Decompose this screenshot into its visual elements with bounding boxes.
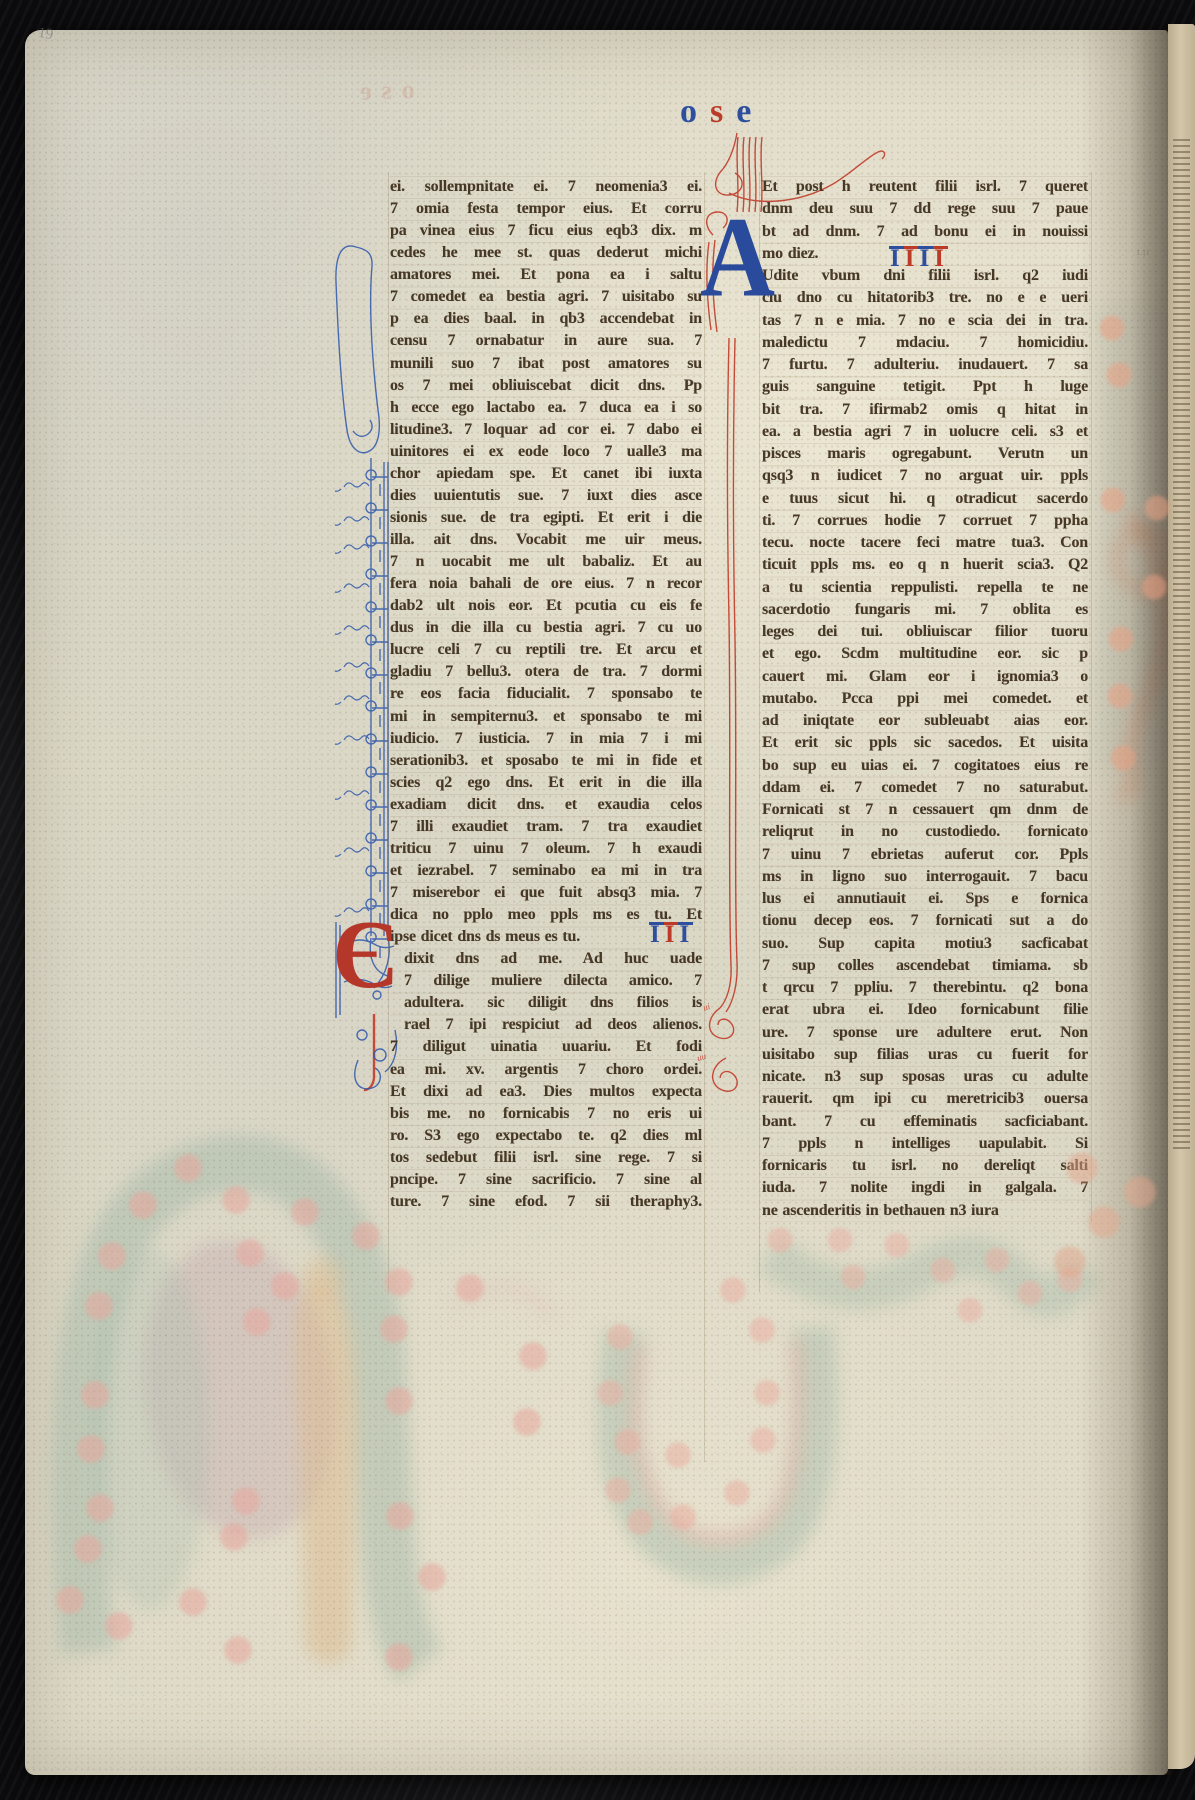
bleedthrough-dot <box>723 1479 751 1507</box>
text-line: 7 n uocabit me ult babaliz. Et au <box>390 551 702 573</box>
text-line: bo sup eu uias ei. 7 cogitatoes eius re <box>762 755 1088 777</box>
text-line: tecu. nocte tacere feci matre tua3. Con <box>762 532 1088 554</box>
text-line: Et dixi ad ea3. Dies multos expecta <box>390 1081 702 1103</box>
pencil-folio-number: 19 <box>37 25 54 44</box>
chapter-numeral-iiii: IIII <box>889 246 948 269</box>
bleedthrough-dot <box>884 1232 911 1259</box>
ruling-line <box>1091 172 1092 1222</box>
bleedthrough-dot <box>596 1379 624 1407</box>
text-line: ticuit ppls ms. eo q n huerit scia3. Q2 <box>762 554 1088 576</box>
bleedthrough-dot <box>1107 683 1134 710</box>
bleedthrough-dot <box>219 1522 249 1552</box>
text-line: scies q2 ego dns. Et erit in die illa <box>390 772 702 794</box>
text-line: bit tra. 7 ifirmab2 omis q hitat in <box>762 399 1088 421</box>
next-page-edge <box>1168 24 1195 1769</box>
text-line: exadiam dicit dns. et exaudia celos <box>390 794 702 816</box>
text-line: e tuus sicut hi. q otradicut sacerdo <box>762 488 1088 510</box>
numeral-char: I <box>664 922 679 945</box>
bleedthrough-dot <box>128 1190 158 1220</box>
text-line: et ego. Scdm multitudine eor. sic p <box>762 643 1088 665</box>
bleedthrough-dot <box>384 1267 414 1297</box>
text-column-right: Et post h reutent filii isrl. 7 queretdn… <box>762 176 1088 1222</box>
bleedthrough-dot <box>984 1247 1011 1274</box>
text-line: ne ascenderitis in bethauen n3 iura <box>762 1200 1088 1222</box>
text-line: triticu 7 uinu 7 oleum. 7 h exaudi <box>390 838 702 860</box>
text-line: censu 7 ornabatur in aure sua. 7 <box>390 330 702 352</box>
text-line: 7 miserebor ei que fuit absq3 mia. 7 <box>390 882 702 904</box>
bleedthrough-dot <box>1100 487 1127 514</box>
text-line: nicate. n3 sup sposas uras cu adulte <box>762 1066 1088 1088</box>
text-line: illa. ait dns. Vocabit me uir meus. <box>390 529 702 551</box>
running-title-letter: s <box>710 93 723 130</box>
text-line: maledictu 7 mdaciu. 7 homicidiu. <box>762 332 1088 354</box>
text-line: dus in die illa cu bestia agri. 7 cu uo <box>390 617 702 639</box>
bleedthrough-dot <box>1106 362 1133 389</box>
text-line: p ea dies baal. in qb3 accendebat in <box>390 308 702 330</box>
text-line: 7 illi exaudiet tram. 7 tra exaudiet <box>390 816 702 838</box>
text-line: mi in sempiternu3. et sponsabo te mi <box>390 706 702 728</box>
text-line: serationib3. et sposabo te mi in fide et <box>390 750 702 772</box>
illuminated-initial-e: Є <box>332 912 398 998</box>
numeral-char: I <box>678 922 693 945</box>
bleedthrough-dot <box>827 1227 854 1254</box>
bleedthrough-dot <box>753 1379 781 1407</box>
text-line: 7 diligut uinatia uuariu. Et fodi <box>390 1036 702 1058</box>
text-line: bis me. no fornicabis 7 no eris ui <box>390 1103 702 1125</box>
text-line: guis sanguine tetigit. Ppt h luge <box>762 376 1088 398</box>
text-line: gladiu 7 bellu3. otera de tra. 7 dormi <box>390 661 702 683</box>
bleedthrough-dot <box>76 1434 106 1464</box>
text-line: qsq3 n iudicet 7 no arguat uir. ppls <box>762 465 1088 487</box>
bleedthrough-dot <box>1144 495 1171 522</box>
bleedthrough-dot <box>1017 1280 1044 1307</box>
text-line: ure. 7 sponse ure adultere erut. Non <box>762 1022 1088 1044</box>
text-line: ti. 7 corrues hodie 7 corruet 7 ppha <box>762 510 1088 532</box>
bleedthrough-dot <box>178 1587 208 1617</box>
text-line: iudicio. 7 iusticia. 7 in mia 7 i mi <box>390 728 702 750</box>
bleedthrough-dot <box>749 1426 777 1454</box>
text-line: re eos facia fiducialit. 7 sponsabo te <box>390 683 702 705</box>
text-line: chor apiedam spe. Et canet ibi iuxta <box>390 463 702 485</box>
text-line: ddam ei. 7 comedet 7 no saturabut. <box>762 777 1088 799</box>
photographed-manuscript: 19 1.11 ose ose ei. sollempnitate ei. 7 … <box>0 0 1195 1800</box>
bleedthrough-dot <box>664 1441 692 1469</box>
numeral-char: I <box>889 246 904 269</box>
bleedthrough-dot <box>455 1273 485 1303</box>
text-line: fera noia bahali de ore eius. 7 n recor <box>390 573 702 595</box>
text-line: erat ubra ei. Ideo fornicabunt filie <box>762 999 1088 1021</box>
text-line: reliqrut in no custodiedo. fornicato <box>762 821 1088 843</box>
bleedthrough-dot <box>1141 574 1168 601</box>
bleedthrough-dot <box>242 1307 272 1337</box>
bleedthrough-dot <box>1099 315 1126 342</box>
text-line: ea. a bestia agri 7 in uolucre celi. s3 … <box>762 421 1088 443</box>
text-line: pisces maris ogregabunt. Verutn un <box>762 443 1088 465</box>
text-line: ea mi. xv. argentis 7 choro ordei. <box>390 1059 702 1081</box>
text-column-left: ei. sollempnitate ei. 7 neomenia3 ei.7 o… <box>390 176 702 1213</box>
text-line: et iezrabel. 7 seminabo ea mi in tra <box>390 860 702 882</box>
bleedthrough-dot <box>1123 1175 1157 1209</box>
bleedthrough-dot <box>104 1611 134 1641</box>
text-line: tas 7 n e mia. 7 no e scia dei in tra. <box>762 310 1088 332</box>
text-line: suo. Sup capita motiu3 sacficabat <box>762 933 1088 955</box>
text-line: mutabo. Pcca ppi mei comedet. et <box>762 688 1088 710</box>
text-line: pa vinea eius 7 ficu eius eqb3 dix. m <box>390 220 702 242</box>
bleedthrough-dot <box>840 1264 867 1291</box>
bleedthrough-dot <box>1108 626 1135 653</box>
numeral-char: I <box>649 922 664 945</box>
chapter-numeral-iii: III <box>649 922 693 945</box>
bleedthrough-dot <box>270 1271 300 1301</box>
text-line: ad iniqtate eor subleuabt aias eor. <box>762 710 1088 732</box>
bleedthrough-dot <box>767 1227 794 1254</box>
text-line: bant. 7 cu effeminatis sacficiabant. <box>762 1111 1088 1133</box>
bleedthrough-dot <box>417 1562 447 1592</box>
text-line: tionu decep eos. 7 fornicati sut a do <box>762 910 1088 932</box>
text-line: 7 furtu. 7 adulteriu. inudauert. 7 sa <box>762 354 1088 376</box>
text-line: sacerdotio fungaris mi. 7 oblita es <box>762 599 1088 621</box>
bleedthrough-dot <box>231 1486 261 1516</box>
text-line: Fornicati st 7 n cessauert qm dnm de <box>762 799 1088 821</box>
bleedthrough-dot <box>73 1534 103 1564</box>
text-line: munili suo 7 ibat post amatores su <box>390 353 702 375</box>
text-line: cauert mi. Glam eor i ignomia3 o <box>762 666 1088 688</box>
text-line: os 7 mei obliuiscebat dicit dns. Pp <box>390 375 702 397</box>
text-line: a tu scientia reppulisti. repella te ne <box>762 577 1088 599</box>
text-line: uisitabo sup filias uras cu fuerit for <box>762 1044 1088 1066</box>
running-title-ose: ose <box>680 93 764 131</box>
text-line: adultera. sic diligit dns filios is <box>390 992 702 1014</box>
text-line: leges dei tui. obliuiscar filior tuoru <box>762 621 1088 643</box>
text-line: 7 omia festa tempor eius. Et corru <box>390 198 702 220</box>
illuminated-initial-a: A <box>700 207 775 308</box>
bleedthrough-dot <box>384 1642 414 1672</box>
gutter-shadow <box>1080 30 1170 1775</box>
edge-inscription: 1.11 <box>1136 248 1150 257</box>
text-line: ei. sollempnitate ei. 7 neomenia3 ei. <box>390 176 702 198</box>
bleedthrough-dot <box>55 1585 85 1615</box>
bleedthrough-dot <box>84 1291 114 1321</box>
bleedthrough-dot <box>606 1323 634 1351</box>
text-line: 7 comedet ea bestia agri. 7 uisitabo su <box>390 286 702 308</box>
numeral-char: I <box>933 246 948 269</box>
text-line: lucre celi 7 cu reptili tre. Et arcu et <box>390 639 702 661</box>
bleedthrough-dot <box>626 1508 654 1536</box>
numeral-char: I <box>918 246 933 269</box>
text-line: iuda. 7 nolite ingdi in galgala. 7 <box>762 1177 1088 1199</box>
text-line: lus ei annutiauit ei. Sps e fornica <box>762 888 1088 910</box>
bleedthrough-dot <box>518 1341 548 1371</box>
next-page-text-lines <box>1173 139 1190 1149</box>
text-line: dies uuientutis sue. 7 iuxt dies asce <box>390 485 702 507</box>
bleedthrough-dot <box>957 1297 984 1324</box>
text-line: uinitores ei ex eode loco 7 ualle3 ma <box>390 441 702 463</box>
text-line: ciu dno cu hitatorib3 tre. no e e ueri <box>762 287 1088 309</box>
text-line: h ecce ego lactabo ea. 7 duca ea i so <box>390 397 702 419</box>
bleedthrough-dot <box>1087 1205 1121 1239</box>
bleedthrough-dot <box>384 1386 414 1416</box>
text-line: amatores mei. Et pona ea i saltu <box>390 264 702 286</box>
ruling-line <box>704 172 705 1462</box>
text-line: rael 7 ipi respiciut ad deos alienos. <box>390 1014 702 1036</box>
text-line: 7 sup colles ascendebat timiama. sb <box>762 955 1088 977</box>
bleedthrough-dot <box>223 1635 253 1665</box>
text-line: ture. 7 sine efod. 7 sii theraphy3. <box>390 1191 702 1213</box>
text-line: sionis sue. de tra egipti. Et erit i die <box>390 507 702 529</box>
text-line: 7 dilige muliere dilecta amico. 7 <box>390 970 702 992</box>
text-line: rauerit. qm ipi cu meretricib3 ouersa <box>762 1088 1088 1110</box>
text-line: Et erit sic ppls sic sacedos. Et uisita <box>762 732 1088 754</box>
ruling-line <box>388 172 389 1292</box>
bleedthrough-dot <box>235 1238 265 1268</box>
text-line: 7 uinu 7 ebrietas auferut cor. Ppls <box>762 844 1088 866</box>
bleedthrough-dot <box>351 1221 381 1251</box>
bleedthrough-dot <box>385 1501 415 1531</box>
ruling-line <box>759 172 760 1292</box>
bleedthrough-dot <box>221 1185 251 1215</box>
bleedthrough-dot <box>85 1493 115 1523</box>
bleedthrough-dot <box>1065 1151 1099 1185</box>
numeral-char: I <box>904 246 919 269</box>
bleedthrough-dot <box>80 1380 110 1410</box>
bleedthrough-dot <box>1110 745 1137 772</box>
text-line: ms in ligno suo interrogauit. 7 bacu <box>762 866 1088 888</box>
text-line: 7 ppls n intelliges uapulabit. Si <box>762 1133 1088 1155</box>
bleedthrough-dot <box>613 1428 641 1456</box>
text-line: dnm deu suu 7 dd rege suu 7 paue <box>762 198 1088 220</box>
bleedthrough-dot <box>669 1503 697 1531</box>
bleedthrough-dot <box>930 1257 957 1284</box>
text-line: dab2 ult nois eor. Et pcutia cu eis fe <box>390 595 702 617</box>
text-line: litudine3. 7 loquar ad cor ei. 7 dabo ei <box>390 419 702 441</box>
bleedthrough-dot <box>1053 1245 1087 1279</box>
text-line: bt ad dnm. 7 ad bonu ei in nouissi <box>762 221 1088 243</box>
bleedthrough-dot <box>748 1316 776 1344</box>
text-line: cedes he mee st. quas dederut michi <box>390 242 702 264</box>
bleedthrough-dot <box>379 1314 409 1344</box>
text-line: t qrcu 7 ppliu. 7 therebintu. q2 bona <box>762 977 1088 999</box>
bleedthrough-dot <box>604 1476 632 1504</box>
text-line: tos sedebut filii isrl. sine rege. 7 si <box>390 1147 702 1169</box>
bleedthrough-dot <box>97 1241 127 1271</box>
offset-ghost-title: ose <box>349 75 415 107</box>
text-line: dixit dns ad me. Ad huc uade <box>390 948 702 970</box>
bleedthrough-dot <box>173 1153 203 1183</box>
bleedthrough-dot <box>290 1197 320 1227</box>
text-line: ro. S3 ego expectabo te. q2 dies ml <box>390 1125 702 1147</box>
text-line: pncipe. 7 sine sacrificio. 7 sine al <box>390 1169 702 1191</box>
bleedthrough-dot <box>719 1276 747 1304</box>
running-title-letter: e <box>736 93 751 130</box>
text-line: Et post h reutent filii isrl. 7 queret <box>762 176 1088 198</box>
running-title-letter: o <box>680 93 697 130</box>
text-line: fornicaris tu isrl. no dereliqt salti <box>762 1155 1088 1177</box>
bleedthrough-dot <box>512 1407 542 1437</box>
